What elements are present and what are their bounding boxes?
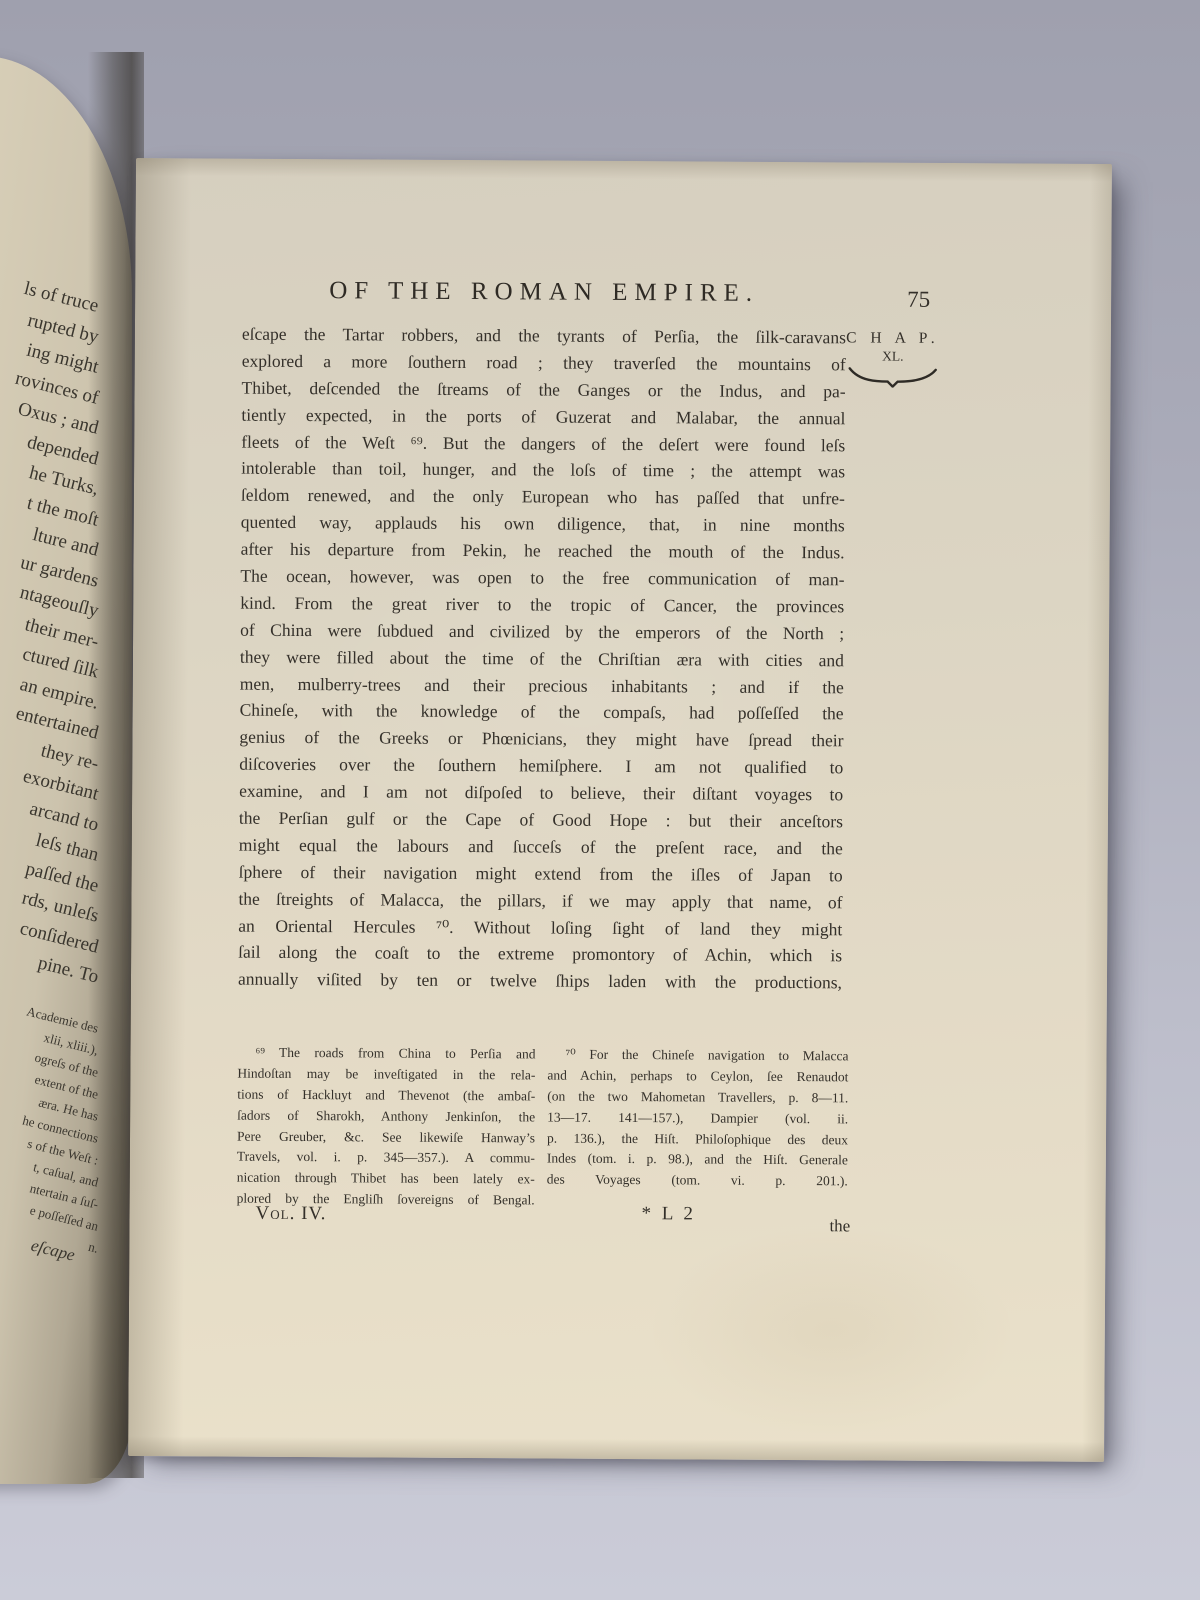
body-text-line: annually viſited by ten or twelve ſhips … xyxy=(238,969,842,1000)
body-text-line: eſcape the Tartar robbers, and the tyran… xyxy=(242,324,846,355)
body-text-line: might equal the labours and ſucceſs of t… xyxy=(239,835,843,866)
body-text-line: quented way, applauds his own diligence,… xyxy=(241,512,845,543)
footnote-line: tions of Hackluyt and Thevenot (the amba… xyxy=(237,1086,535,1109)
page-number: 75 xyxy=(907,287,930,313)
body-text-line: genius of the Greeks or Phœnicians, they… xyxy=(239,727,843,758)
body-text-line: ſphere of their navigation might extend … xyxy=(239,861,843,892)
chapter-brace-icon xyxy=(847,365,939,388)
body-text-line: The ocean, however, was open to the free… xyxy=(240,566,844,597)
body-text-line: examine, and I am not diſpoſed to believ… xyxy=(239,781,843,812)
body-text-line: diſcoveries over the ſouthern hemiſphere… xyxy=(239,754,843,785)
body-text-line: men, mulberry-trees and their precious i… xyxy=(240,673,844,704)
footnote-line: p. 136.), the Hiſt. Philoſophique des de… xyxy=(547,1130,848,1153)
body-text-line: of China were ſubdued and civilized by t… xyxy=(240,619,844,650)
left-page-footnote-text: Academie desxlii, xliii.),ogreſs of thee… xyxy=(0,1018,98,1260)
body-text-line: kind. From the great river to the tropic… xyxy=(240,593,844,624)
footnote-line: ſadors of Sharokh, Anthony Jenkinſon, th… xyxy=(237,1107,535,1130)
body-text-line: intolerable than toil, hunger, and the l… xyxy=(241,458,845,489)
catchword: the xyxy=(829,1216,850,1236)
body-text-line: ſail along the coaſt to the extreme prom… xyxy=(238,942,842,973)
footnote-line: Pere Greuber, &c. See likewiſe Hanway’s xyxy=(237,1128,535,1151)
chapter-margin-note: C H A P. XL. xyxy=(838,330,948,392)
running-header-title: OF THE ROMAN EMPIRE. xyxy=(329,277,759,307)
footnote-line: Hindoſtan may be inveſtigated in the rel… xyxy=(237,1066,535,1089)
footnote-line: Travels, vol. i. p. 345—357.). A commu- xyxy=(237,1149,535,1172)
volume-label: Vol. IV. xyxy=(255,1203,326,1225)
body-text: eſcape the Tartar robbers, and the tyran… xyxy=(238,324,846,1000)
chapter-label: C H A P. xyxy=(838,330,948,346)
body-text-line: the Perſian gulf or the Cape of Good Hop… xyxy=(239,808,843,839)
body-text-line: they were filled about the time of the C… xyxy=(240,646,844,677)
footnote-line: nication through Thibet has been lately … xyxy=(237,1170,535,1193)
signature-mark: * L 2 xyxy=(641,1203,696,1225)
footnote-line: des Voyages (tom. vi. p. 201.). xyxy=(547,1172,848,1195)
book-photo: { "left_page": { "visible_line_endings":… xyxy=(0,0,1200,1600)
body-text-line: fleets of the Weſt ⁶⁹. But the dangers o… xyxy=(241,431,845,462)
body-text-line: ſeldom renewed, and the only European wh… xyxy=(241,485,845,516)
footnote-left-column: ⁶⁹ The roads from China to Perſia andHin… xyxy=(237,1045,536,1214)
body-text-line: the ſtreights of Malacca, the pillars, i… xyxy=(238,888,842,919)
chapter-numeral: XL. xyxy=(838,349,948,363)
running-header: OF THE ROMAN EMPIRE. xyxy=(242,277,846,309)
footnote-line: ⁶⁹ The roads from China to Perſia and xyxy=(237,1045,535,1068)
footnote-line: Indes (tom. i. p. 98.), and the Hiſt. Ge… xyxy=(547,1151,848,1174)
body-text-line: Chineſe, with the knowledge of the compa… xyxy=(240,700,844,731)
left-page-text: ls of trucerupted bying mightrovinces of… xyxy=(0,292,98,994)
book-page: OF THE ROMAN EMPIRE. 75 C H A P. XL. eſc… xyxy=(128,158,1112,1462)
footnote-right-column: ⁷⁰ For the Chineſe navigation to Malacca… xyxy=(547,1047,849,1195)
body-text-line: Thibet, deſcended the ſtreams of the Gan… xyxy=(241,377,845,408)
body-text-line: explored a more ſouthern road ; they tra… xyxy=(242,351,846,382)
footnote-line: 13—17. 141—157.), Dampier (vol. ii. xyxy=(547,1109,848,1132)
footnote-line: and Achin, perhaps to Ceylon, ſee Renaud… xyxy=(547,1067,848,1090)
body-text-line: an Oriental Hercules ⁷⁰. Without loſing … xyxy=(238,915,842,946)
footnote-line: (on the two Mahometan Travellers, p. 8—1… xyxy=(547,1088,848,1111)
body-text-line: after his departure from Pekin, he reach… xyxy=(241,539,845,570)
footnote-line: ⁷⁰ For the Chineſe navigation to Malacca xyxy=(547,1047,848,1070)
body-text-line: tiently expected, in the ports of Guzera… xyxy=(241,404,845,435)
